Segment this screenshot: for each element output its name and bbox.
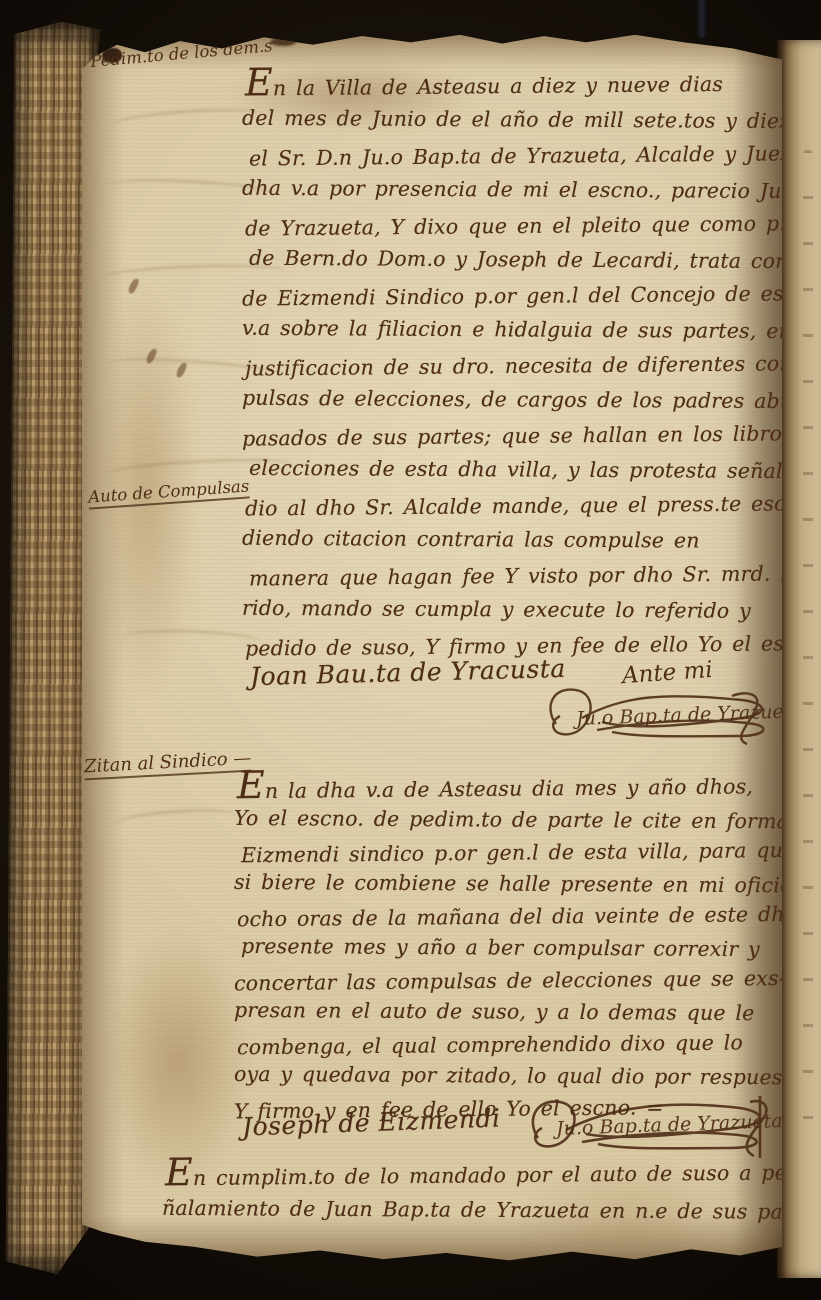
- manuscript-line: Yo el escno. de pedim.to de parte le cit…: [234, 802, 821, 838]
- manuscript-line: pasados de sus partes; que se hallan en …: [242, 414, 821, 456]
- notary-rubric-block: Ju.o Bap.ta de Yrazueta: [542, 678, 772, 762]
- manuscript-photo: Pedim.to de los dem.s Auto de Compulsas …: [0, 0, 821, 1300]
- manuscript-line: elecciones de esta dha villa, y las prot…: [242, 451, 821, 491]
- ink-smudge: [270, 38, 296, 46]
- manuscript-line: v.a sobre la filiacion e hidalguia de su…: [242, 311, 821, 351]
- manuscript-line: dha v.a por presencia de mi el escno., p…: [242, 171, 821, 211]
- manuscript-page: Pedim.to de los dem.s Auto de Compulsas …: [82, 30, 782, 1264]
- ghost-writing: [115, 806, 236, 833]
- manuscript-entry-auto: En la Villa de Asteasu a diez y nueve di…: [242, 68, 821, 663]
- manuscript-line: ñalamiento de Juan Bap.ta de Yrazueta en…: [162, 1191, 821, 1230]
- ghost-writing: [112, 105, 263, 134]
- manuscript-line: En la Villa de Asteasu a diez y nueve di…: [242, 64, 821, 106]
- manuscript-line: el Sr. D.n Ju.o Bap.ta de Yrazueta, Alca…: [242, 134, 821, 176]
- manuscript-line: de Bern.do Dom.o y Joseph de Lecardi, tr…: [242, 241, 821, 281]
- binding-ribbon: [697, 0, 707, 38]
- manuscript-line: diendo citacion contraria las compulse e…: [242, 521, 821, 561]
- manuscript-line: si biere le combiene se halle presente e…: [234, 866, 821, 902]
- manuscript-entry-cumplimiento: En cumplim.to de lo mandado por el auto …: [162, 1158, 821, 1228]
- margin-note-label: Auto de Compulsas: [88, 476, 251, 509]
- manuscript-line: manera que hagan fee Y visto por dho Sr.…: [242, 554, 821, 596]
- manuscript-line: pulsas de elecciones, de cargos de los p…: [242, 381, 821, 421]
- manuscript-line: En cumplim.to de lo mandado por el auto …: [162, 1155, 821, 1197]
- manuscript-line: rido, mando se cumpla y execute lo refer…: [242, 591, 821, 631]
- manuscript-line: dio al dho Sr. Alcalde mande, que el pre…: [242, 484, 821, 526]
- manuscript-line: del mes de Junio de el año de mill sete.…: [242, 101, 821, 141]
- facing-page-ink-fragments: [803, 150, 813, 1130]
- manuscript-line: presan en el auto de suso, y a lo demas …: [234, 994, 821, 1030]
- manuscript-line: de Eizmendi Sindico p.or gen.l del Conce…: [242, 274, 821, 316]
- margin-note-auto-de-compulsas: Auto de Compulsas: [88, 476, 250, 506]
- manuscript-line: de Yrazueta, Y dixo que en el pleito que…: [242, 204, 821, 246]
- margin-note-label: Zitan al Sindico —: [84, 748, 252, 781]
- manuscript-entry-citacion: En la dha v.a de Asteasu dia mes y año d…: [234, 772, 821, 1124]
- manuscript-line: presente mes y año a ber compulsar corre…: [234, 930, 821, 966]
- manuscript-line: justificacion de su dro. necesita de dif…: [242, 344, 821, 386]
- margin-note-zitan-al-sindico: Zitan al Sindico —: [84, 748, 252, 778]
- facing-page-sliver: [777, 40, 821, 1278]
